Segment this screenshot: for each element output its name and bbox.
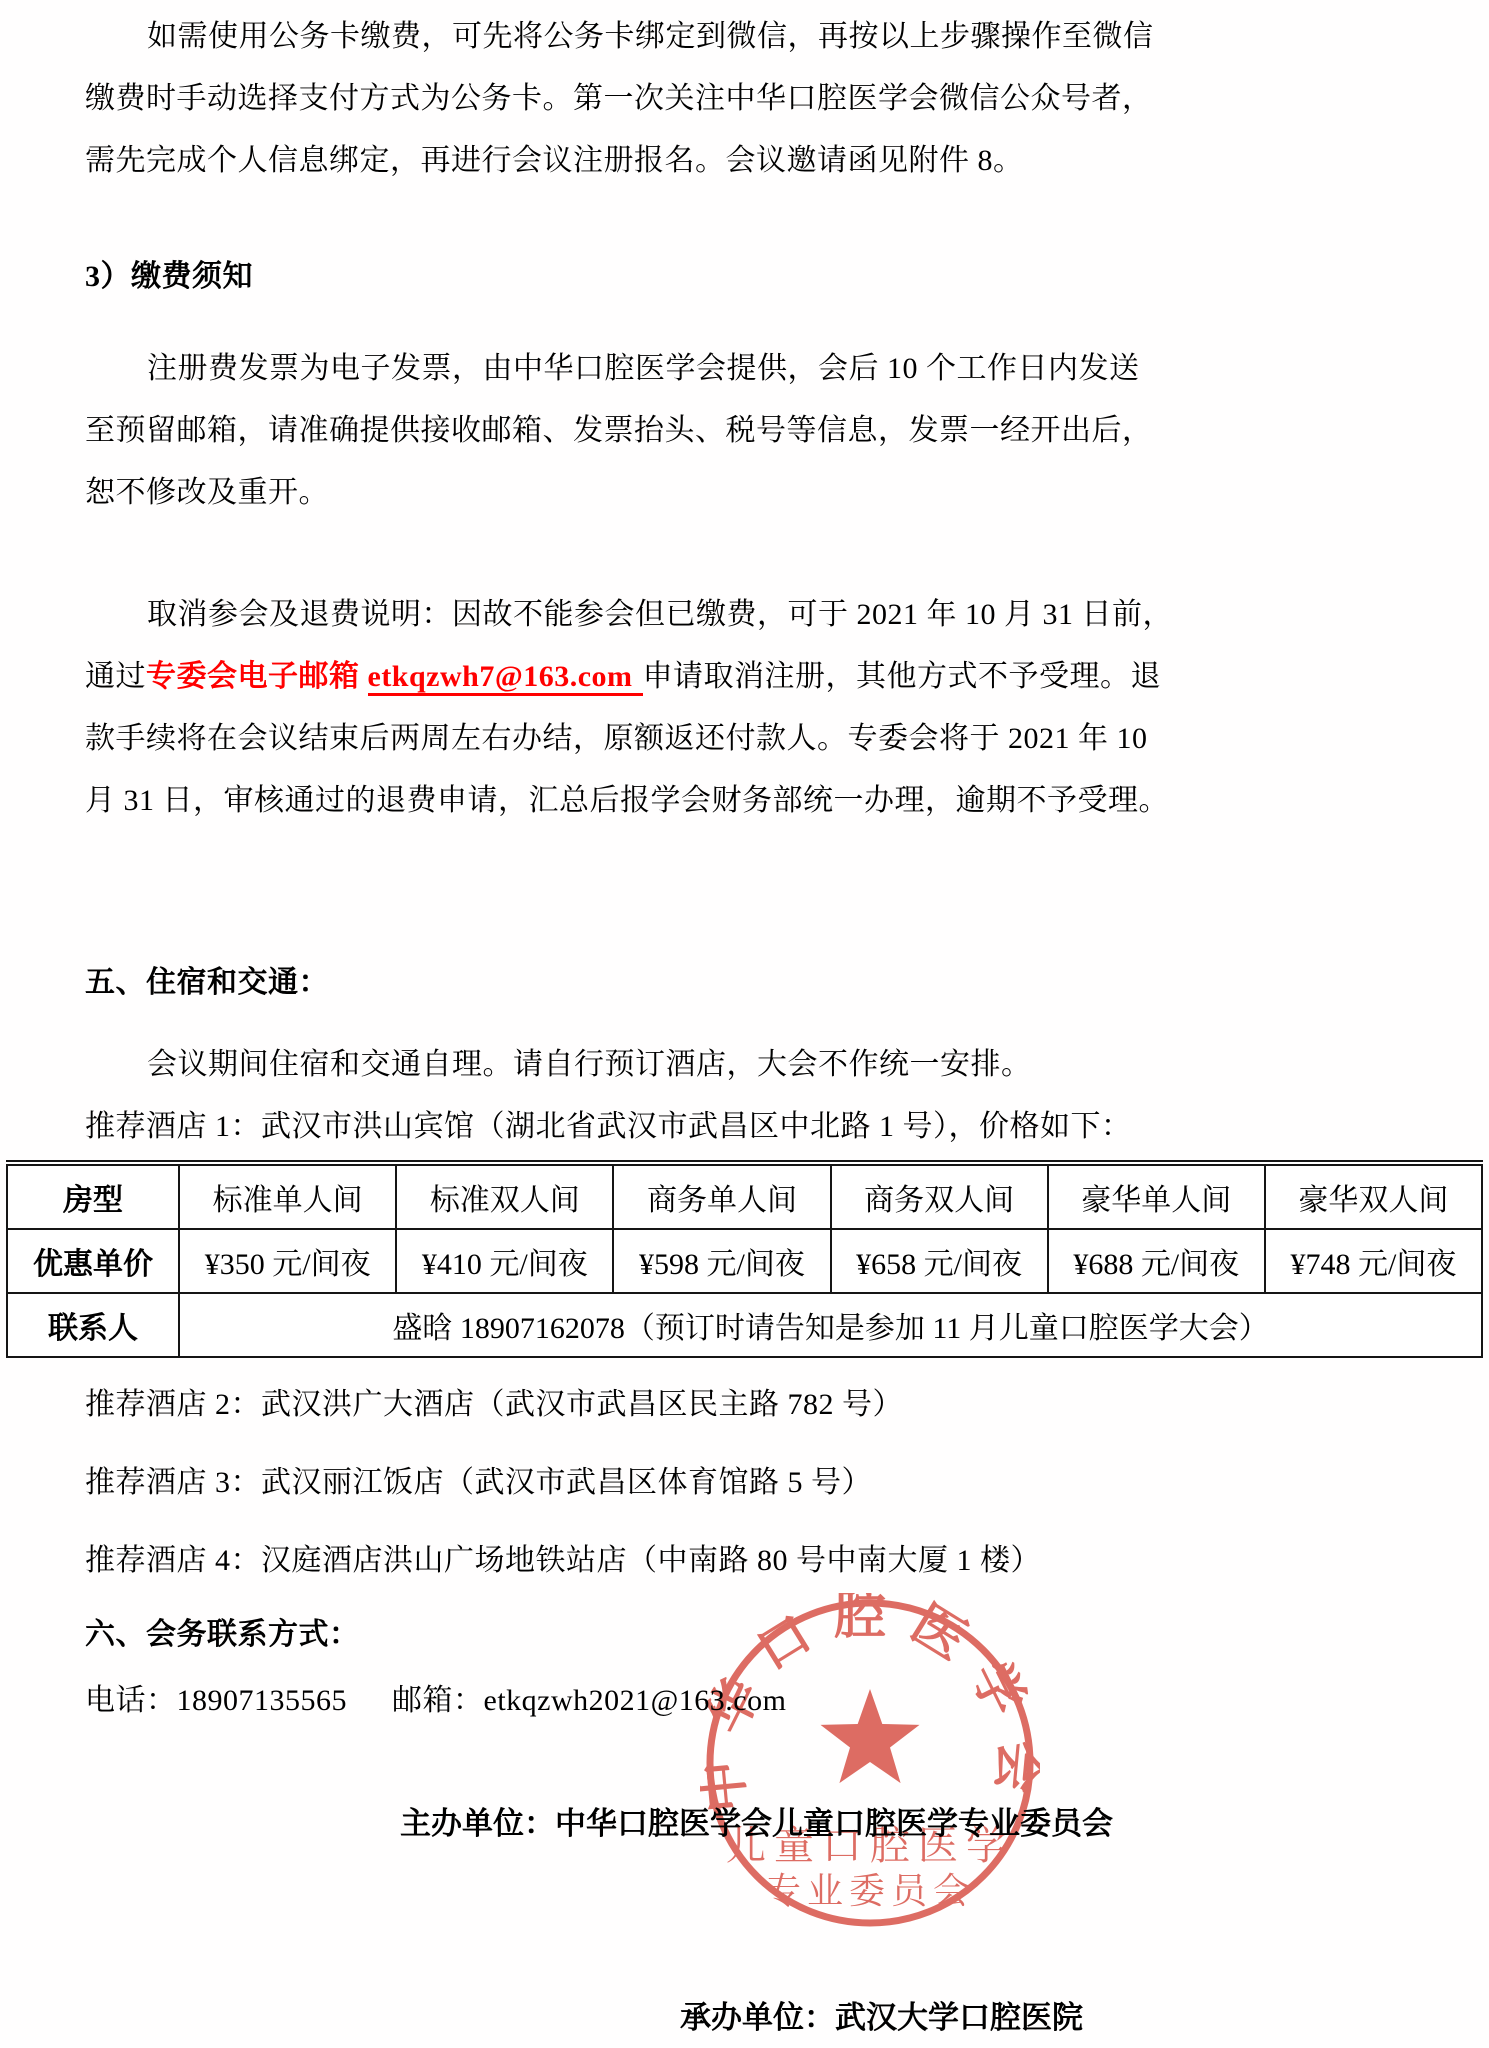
heading-contact: 六、会务联系方式： (85, 1604, 1115, 1666)
table-cell: ¥688 元/间夜 (1048, 1229, 1265, 1293)
table-cell: 商务双人间 (831, 1163, 1048, 1229)
table-cell: 标准双人间 (396, 1163, 613, 1229)
table-row-contact: 联系人 盛晗 18907162078（预订时请告知是参加 11 月儿童口腔医学大… (7, 1293, 1482, 1357)
paragraph-refund: 取消参会及退费说明：因故不能参会但已缴费，可于 2021 年 10 月 31 日… (85, 584, 1115, 832)
table-cell: 豪华单人间 (1048, 1163, 1265, 1229)
table-cell: ¥658 元/间夜 (831, 1229, 1048, 1293)
hotel-price-table: 房型 标准单人间 标准双人间 商务单人间 商务双人间 豪华单人间 豪华双人间 优… (6, 1160, 1483, 1358)
contact-info-line: 电话：18907135565邮箱：etkqzwh2021@163.com (85, 1670, 1115, 1732)
heading-accommodation: 五、住宿和交通： (85, 952, 1115, 1014)
table-cell: 商务单人间 (613, 1163, 830, 1229)
text-line: 会议期间住宿和交通自理。请自行预订酒店，大会不作统一安排。 (85, 1034, 1115, 1096)
table-cell: ¥350 元/间夜 (179, 1229, 396, 1293)
refund-text-post: 申请取消注册，其他方式不予受理。退 (643, 660, 1162, 693)
paragraph-accommodation: 会议期间住宿和交通自理。请自行预订酒店，大会不作统一安排。 推荐酒店 1：武汉市… (85, 1034, 1115, 1158)
table-cell: ¥410 元/间夜 (396, 1229, 613, 1293)
refund-email-address: etkqzwh7@163.com (368, 660, 643, 696)
table-cell-contact-value: 盛晗 18907162078（预订时请告知是参加 11 月儿童口腔医学大会） (179, 1293, 1482, 1357)
table-row-room-types: 房型 标准单人间 标准双人间 商务单人间 商务双人间 豪华单人间 豪华双人间 (7, 1163, 1482, 1229)
text-line-refund-email: 通过专委会电子邮箱 etkqzwh7@163.com申请取消注册，其他方式不予受… (85, 646, 1115, 708)
email-label: 邮箱： (392, 1684, 484, 1717)
table-cell: 豪华双人间 (1265, 1163, 1482, 1229)
table-cell: ¥748 元/间夜 (1265, 1229, 1482, 1293)
text-line: 至预留邮箱，请准确提供接收邮箱、发票抬头、税号等信息，发票一经开出后， (85, 400, 1115, 462)
text-line: 款手续将在会议结束后两周左右办结，原额返还付款人。专委会将于 2021 年 10 (85, 708, 1115, 770)
table-cell-contact-label: 联系人 (7, 1293, 179, 1357)
refund-text-pre: 通过 (85, 660, 146, 693)
text-line: 恕不修改及重开。 (85, 462, 1115, 524)
host-organization-line: 主办单位：中华口腔医学会儿童口腔医学专业委员会 (400, 1802, 1115, 1846)
paragraph-official-card: 如需使用公务卡缴费，可先将公务卡绑定到微信，再按以上步骤操作至微信 缴费时手动选… (85, 6, 1115, 192)
document-body: 如需使用公务卡缴费，可先将公务卡绑定到微信，再按以上步骤操作至微信 缴费时手动选… (85, 6, 1115, 2040)
table-cell-room-type-label: 房型 (7, 1163, 179, 1229)
paragraph-invoice: 注册费发票为电子发票，由中华口腔医学会提供，会后 10 个工作日内发送 至预留邮… (85, 338, 1115, 524)
organizer-line: 承办单位：武汉大学口腔医院 (680, 1996, 1115, 2040)
email-address: etkqzwh2021@163.com (484, 1684, 787, 1717)
table-cell: 标准单人间 (179, 1163, 396, 1229)
heading-payment-notice: 3）缴费须知 (85, 246, 1115, 308)
table-cell-price-label: 优惠单价 (7, 1229, 179, 1293)
phone-label: 电话： (85, 1684, 177, 1717)
text-line: 缴费时手动选择支付方式为公务卡。第一次关注中华口腔医学会微信公众号者， (85, 68, 1115, 130)
text-line: 取消参会及退费说明：因故不能参会但已缴费，可于 2021 年 10 月 31 日… (85, 584, 1115, 646)
table-row-prices: 优惠单价 ¥350 元/间夜 ¥410 元/间夜 ¥598 元/间夜 ¥658 … (7, 1229, 1482, 1293)
hotel-3-line: 推荐酒店 3：武汉丽江饭店（武汉市武昌区体育馆路 5 号） (85, 1452, 1115, 1514)
text-line: 注册费发票为电子发票，由中华口腔医学会提供，会后 10 个工作日内发送 (85, 338, 1115, 400)
hotel-4-line: 推荐酒店 4：汉庭酒店洪山广场地铁站店（中南路 80 号中南大厦 1 楼） (85, 1530, 1115, 1592)
text-line: 如需使用公务卡缴费，可先将公务卡绑定到微信，再按以上步骤操作至微信 (85, 6, 1115, 68)
document-page: 中华口腔医学会 儿童口腔医学 专业委员会 如需使用公务卡缴费，可先将公务卡绑定到… (0, 0, 1489, 2048)
phone-number: 18907135565 (177, 1684, 348, 1717)
text-line: 月 31 日，审核通过的退费申请，汇总后报学会财务部统一办理，逾期不予受理。 (85, 770, 1115, 832)
refund-email-label: 专委会电子邮箱 (146, 660, 368, 693)
table-cell: ¥598 元/间夜 (613, 1229, 830, 1293)
hotel-2-line: 推荐酒店 2：武汉洪广大酒店（武汉市武昌区民主路 782 号） (85, 1374, 1115, 1436)
hotel-1-line: 推荐酒店 1：武汉市洪山宾馆（湖北省武汉市武昌区中北路 1 号），价格如下： (85, 1096, 1115, 1158)
text-line: 需先完成个人信息绑定，再进行会议注册报名。会议邀请函见附件 8。 (85, 130, 1115, 192)
